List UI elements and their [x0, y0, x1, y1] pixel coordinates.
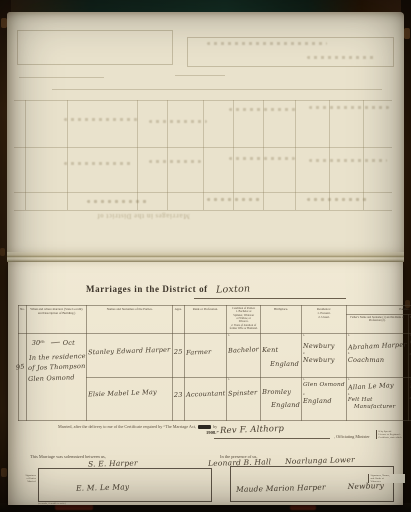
register-table: No. When and where married. (State Local…	[18, 305, 411, 421]
entry-number-cell: 95	[19, 334, 27, 421]
bride-signature: E. M. Le May	[76, 482, 130, 492]
marriage-date: 30ᵗʰ Oct	[32, 339, 86, 347]
bride-condition: Spinster	[228, 388, 259, 398]
bleed-grid-line	[363, 100, 364, 210]
bride-birthplace-cell: Bromley England	[261, 378, 302, 421]
verso-page: Marriages in the District of	[7, 12, 404, 252]
groom-condition: Bachelor	[228, 345, 259, 355]
bride-name: Elsie Mabel Le May	[88, 388, 171, 399]
marriage-place-line: Glen Osmond	[28, 373, 86, 383]
binding-wear-mark	[0, 248, 5, 256]
groom-name-cell: Stanley Edward Harper	[87, 334, 172, 378]
column-header-father: Father's Name and Surname (1) and his Ra…	[346, 315, 408, 334]
bride-father-rank: Felt Hat	[348, 397, 407, 404]
certificate-year: 1908.”	[206, 430, 219, 435]
minister-signature-line	[214, 438, 330, 439]
bleed-grid-line	[329, 100, 330, 210]
groom-father-rank: Coachman	[348, 356, 407, 364]
book-photo: Marriages in the District of Marriages i…	[0, 0, 411, 512]
district-underline	[194, 298, 346, 299]
bride-father-cell: 1. Allan Le May 2. Felt Hat Manufacturer	[346, 378, 408, 421]
minister-signature: Rev F. Althorp	[220, 424, 284, 436]
when-where-cell: 30ᵗʰ Oct In the residence of Jos Thompso…	[26, 334, 87, 421]
bride-father-rank2: Manufacturer	[354, 404, 407, 411]
solemnized-label: This Marriage was solemnized between us,	[30, 454, 106, 459]
page-title: Marriages in the District of Loxton	[86, 284, 250, 295]
bleed-handwriting	[87, 200, 147, 203]
bleed-handwriting	[309, 159, 387, 162]
bride-residence-present: Glen Osmond	[303, 382, 345, 389]
bleed-handwriting	[64, 162, 134, 165]
bride-residence-cell: 1. Glen Osmond 2. England	[301, 378, 346, 421]
marriage-register-page: Marriages in the District of Loxton No. …	[8, 262, 403, 505]
groom-birthplace-cell: Kent England	[261, 334, 302, 378]
bleed-box	[17, 30, 173, 65]
bleed-handwriting	[309, 106, 389, 109]
redacted-act-year	[198, 425, 211, 429]
column-header-condition: Condition of Parties: 1. Bachelor or Spi…	[227, 306, 261, 334]
bleed-handwriting	[207, 42, 327, 45]
groom-residence-present: Newbury	[303, 342, 345, 350]
minister-fineprint: If by Special Licence or Registrar's Cer…	[376, 430, 407, 439]
bleed-handwriting	[307, 56, 377, 59]
column-header-residence: Residence: 1. Present. 2. Usual.	[301, 306, 346, 334]
groom-name: Stanley Edward Harper	[88, 346, 171, 357]
bleed-handwriting	[149, 120, 207, 123]
column-header-rank: Rank or Profession.	[184, 306, 227, 334]
bleed-handwriting	[307, 198, 367, 201]
book-top-edge	[0, 0, 411, 12]
bride-birthplace: Bromley	[262, 388, 300, 396]
column-header-birthplace: Birthplace.	[261, 306, 302, 334]
bride-rank: Accountant	[185, 389, 225, 399]
groom-rank-cell: Farmer	[184, 334, 227, 378]
date-annotation-mark	[51, 342, 60, 346]
groom-row: 95 30ᵗʰ Oct In the residence of Jos Thom…	[19, 334, 411, 378]
bleed-handwriting	[229, 157, 295, 160]
certificate-statement: Married, after the delivery to me of the…	[58, 424, 217, 429]
bleed-grid-line	[295, 100, 296, 210]
officiating-minister-label: , Officiating Minister	[334, 434, 370, 439]
bride-residence-usual: England	[303, 397, 345, 405]
bleed-page-title: Marriages in the District of	[97, 212, 190, 220]
entry-number: 95	[15, 362, 25, 371]
bride-age-cell: 23	[172, 378, 184, 421]
bride-father-name: Allan Le May	[348, 380, 407, 391]
bride-rank-cell: Accountant	[184, 378, 227, 421]
groom-rank: Farmer	[185, 347, 225, 357]
bleed-grid-line	[203, 100, 204, 210]
bride-birthplace2: England	[271, 401, 300, 409]
column-header-no: No.	[19, 306, 27, 334]
bleed-line	[19, 77, 104, 78]
column-header-names: Names and Surnames of the Parties.	[87, 306, 172, 334]
groom-birthplace: Kent	[262, 346, 300, 354]
bleed-grid-line	[14, 210, 392, 211]
bleed-handwriting	[207, 198, 262, 201]
binding-wear-mark	[404, 28, 410, 39]
bleed-grid-line	[25, 100, 26, 210]
parties-box-label: Signatures of Parties Married.	[11, 474, 39, 483]
column-header-parents: Parents.	[346, 306, 411, 315]
binding-wear-mark	[1, 468, 7, 477]
groom-father-cell: 1. Abraham Harper 2. Coachman	[346, 334, 408, 378]
groom-residence-cell: 1. Newbury 2. Newbury	[301, 334, 346, 378]
bleed-grid-line	[137, 100, 138, 210]
book-edge-red-mark	[290, 505, 316, 510]
bleed-grid-line	[233, 100, 234, 210]
groom-residence-usual: Newbury	[303, 356, 345, 364]
groom-age-cell: 25	[172, 334, 184, 378]
groom-condition-cell: 1. Bachelor	[227, 334, 261, 378]
marriage-place-line: of Jos Thompson	[28, 362, 86, 372]
groom-signature: S. E. Harper	[88, 458, 138, 468]
bleed-handwriting	[229, 108, 297, 111]
bleed-grid-line	[67, 100, 68, 210]
bride-condition-cell: 1. Spinster	[227, 378, 261, 421]
page-title-printed: Marriages in the District of	[86, 284, 208, 294]
groom-age: 25	[174, 348, 183, 356]
column-header-when-where: When and where married. (State Locality …	[26, 306, 87, 334]
groom-father-name: Abraham Harper	[348, 340, 407, 351]
parties-box-footnote: (or marks, if unable to write)	[38, 502, 66, 505]
district-handwritten: Loxton	[216, 283, 251, 295]
bleed-handwriting	[149, 160, 201, 163]
marriage-place-line: In the residence	[29, 352, 86, 362]
groom-birthplace2: England	[270, 360, 300, 368]
bleed-grid-line	[167, 100, 168, 210]
bride-age: 23	[174, 391, 183, 399]
bleed-line	[52, 89, 382, 90]
bride-name-cell: Elsie Mabel Le May	[87, 378, 172, 421]
bleed-handwriting	[64, 118, 139, 121]
bleed-grid-line	[263, 100, 264, 210]
witnesses-box-label: Signatures, Names, and Abode of Witnesse…	[368, 474, 405, 483]
column-header-ages: Ages.	[172, 306, 184, 334]
page-edge-stack	[7, 252, 404, 262]
bleed-line	[175, 75, 225, 76]
